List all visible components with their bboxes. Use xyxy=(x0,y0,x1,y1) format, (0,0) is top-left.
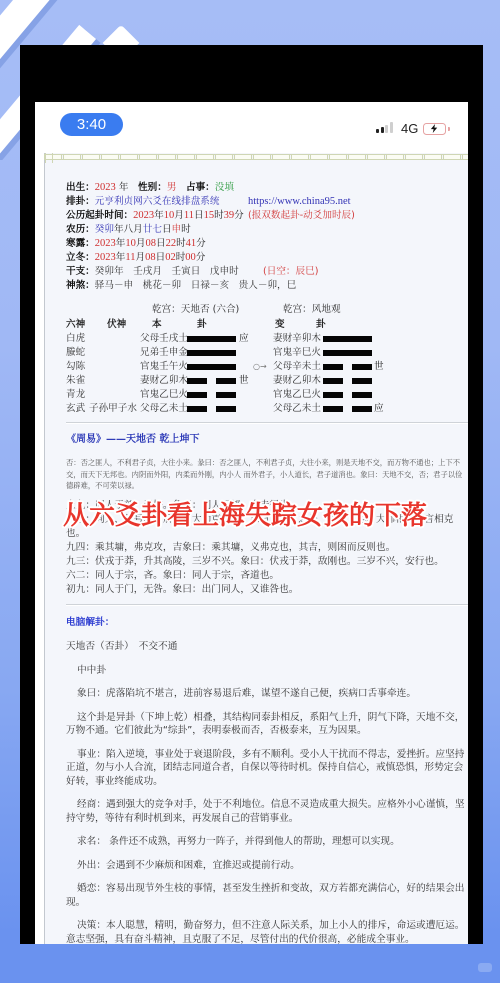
hexagram-lines: 白虎 父母壬戌土 应 妻财辛卯木 螣蛇 兄弟壬申金 xyxy=(44,332,468,416)
status-time: 3:40 xyxy=(60,113,123,136)
solar-time: 公历起卦时间：2023年10月11日15时39分 xyxy=(66,210,244,221)
bian-yao-name: 父母辛未土 xyxy=(273,360,321,374)
site-url-link[interactable]: https://www.china95.net xyxy=(248,195,351,209)
bian-yao-line xyxy=(323,364,372,370)
hexagram-row: 青龙 官鬼乙巳火 官鬼乙巳火 xyxy=(44,388,468,402)
text-segment: 年 xyxy=(154,210,164,221)
overlay-headline: 从六爻卦看上海失踪女孩的下落 xyxy=(63,501,427,531)
liushen: 勾陈 xyxy=(66,360,85,374)
text-segment: 干支： xyxy=(66,266,95,277)
text-segment: 08 xyxy=(145,252,156,263)
text-segment: (报双数起卦-动爻加时辰) xyxy=(248,210,355,221)
text-segment: 申 xyxy=(172,224,182,235)
day-void: (日空：辰巳) xyxy=(263,265,318,279)
analysis-image: 象曰：虎落陷坑不堪言，进前容易退后难，谋望不遂自己便，疾病口舌事牵连。 xyxy=(66,687,468,701)
text-segment: 41 xyxy=(186,238,197,249)
text-segment: 立冬： xyxy=(66,252,95,263)
text-segment: 02 xyxy=(165,252,176,263)
ben-yao-line xyxy=(187,392,236,398)
ben-yao-name: 父母壬戌土 xyxy=(140,332,188,346)
ben-yao-line xyxy=(187,406,236,412)
text-segment: 2023 xyxy=(133,210,154,221)
yao-line-fourth: 九四：乘其墉，弗克攻，吉象曰：乘其墉，义弗克也，其吉，则困而反则也。 xyxy=(66,541,468,555)
text-segment: 时 xyxy=(176,238,186,249)
bian-shiying-mark: 世 xyxy=(374,360,384,374)
text-segment xyxy=(176,182,186,193)
text-segment: 神煞： xyxy=(66,280,95,291)
text-segment: 寒露： xyxy=(66,238,95,249)
analysis-romance: 婚恋：容易出现节外生枝的事情，甚至发生挫折和变故，双方若都充满信心，好的结果会出… xyxy=(66,882,468,909)
col-header-fushen: 伏神 xyxy=(107,318,126,332)
moving-yao-arrow-icon: ○→ xyxy=(253,360,267,374)
divination-result-panel: 出生：2023 年 性别：男 占事：没填 排卦：元亨利贞网六爻在线排盘系统 ht… xyxy=(44,153,468,944)
text-segment: 2023 xyxy=(95,252,116,263)
divider xyxy=(66,604,468,606)
text-segment: 元亨利贞网六爻在线排盘系统 xyxy=(95,196,220,207)
info-row-birth: 出生：2023 年 性别：男 占事：没填 xyxy=(66,181,296,195)
text-segment: 00 xyxy=(185,252,196,263)
info-row-shensha: 神煞：驿马－申 桃花－卯 日禄－亥 贵人－卯，巳 xyxy=(66,279,296,293)
text-segment: 出生： xyxy=(66,182,95,193)
hexagram-row: 朱雀 妻财乙卯木 世 妻财乙卯木 xyxy=(44,374,468,388)
analysis-travel: 外出：会遇到不少麻烦和困难，宜推迟或提前行动。 xyxy=(66,859,468,873)
col-header-ben-gua: 卦 xyxy=(197,318,207,332)
hexagram-row: 勾陈 官鬼壬午火 ○→ 父母辛未土 世 xyxy=(44,360,468,374)
bian-yao-line xyxy=(323,336,372,342)
bian-shiying-mark: 应 xyxy=(374,402,384,416)
bian-yao-name: 官鬼乙巳火 xyxy=(273,388,321,402)
bian-yao-line xyxy=(323,392,372,398)
text-segment: 10 xyxy=(164,210,175,221)
text-segment: 占事： xyxy=(186,182,215,193)
analysis-business: 经商：遇到强大的竞争对手，处于不利地位。信息不灵造成重大损失。应格外小心谨慎，坚… xyxy=(66,798,468,825)
liushen: 青龙 xyxy=(66,388,85,402)
text-segment: 11 xyxy=(184,210,194,221)
text-segment: 10 xyxy=(125,238,136,249)
info-row-paigua: 排卦：元亨利贞网六爻在线排盘系统 https://www.china95.net xyxy=(66,195,296,209)
text-segment: 年 xyxy=(116,238,126,249)
zhouyi-title: 《周易》——天地否 乾上坤下 xyxy=(66,433,199,447)
bian-yao-name: 妻财辛卯木 xyxy=(273,332,321,346)
zhouyi-judgment: 否：否之匪人，不利君子贞，大往小来。彖曰：否之匪人，不利君子贞，大往小来，则是天… xyxy=(66,457,466,492)
text-segment: 日 xyxy=(194,210,204,221)
text-segment: 时 xyxy=(214,210,224,221)
col-header-liushen: 六神 xyxy=(66,318,85,332)
text-segment: 性别： xyxy=(138,182,167,193)
text-segment: 癸卯 xyxy=(95,224,114,235)
ben-yao-line xyxy=(187,350,236,356)
text-segment: 2023 xyxy=(95,182,116,193)
bian-yao-name: 妻财乙卯木 xyxy=(273,374,321,388)
analysis-grade: 中中卦 xyxy=(66,664,468,678)
info-row-lidong: 立冬：2023年11月08日02时00分 xyxy=(66,251,296,265)
network-type: 4G xyxy=(401,122,418,136)
bian-yao-line xyxy=(323,350,372,356)
analysis-overview: 这个卦是异卦（下坤上乾）相叠，其结构同泰卦相反，系阳气上升，阴气下降，天地不交，… xyxy=(66,711,468,738)
text-segment: 农历： xyxy=(66,224,95,235)
text-segment: 癸卯年 壬戌月 壬寅日 戊申时 xyxy=(95,266,239,277)
hexagram-row: 玄武 子孙甲子水 父母乙未土 父母乙未土 应 xyxy=(44,402,468,416)
decorative-border xyxy=(44,154,468,160)
phone-frame: 3:40 4G 出生：2023 年 性别：男 占事：没填 排卦：元亨利贞网六爻在… xyxy=(20,45,483,944)
text-segment: (日空：辰巳) xyxy=(263,266,318,277)
text-segment: 驿马－申 桃花－卯 日禄－亥 贵人－卯，巳 xyxy=(95,280,296,291)
col-header-bian: 变 xyxy=(275,318,285,332)
ben-yao-name: 官鬼壬午火 xyxy=(140,360,188,374)
bian-gua-header: 乾宫：风地观 xyxy=(283,303,341,317)
text-segment[interactable]: https://www.china95.net xyxy=(248,196,351,207)
text-segment: 男 xyxy=(167,182,177,193)
liushen: 玄武 xyxy=(66,402,85,416)
text-segment: 分 xyxy=(196,238,206,249)
bian-yao-name: 父母乙未土 xyxy=(273,402,321,416)
text-segment: 时 xyxy=(176,252,186,263)
hexagram-row: 螣蛇 兄弟壬申金 官鬼辛巳火 xyxy=(44,346,468,360)
decorative-corner xyxy=(45,153,53,163)
ben-yao-line xyxy=(187,336,236,342)
ben-yao-line xyxy=(187,364,236,370)
text-segment: 廿七 xyxy=(143,224,162,235)
paigua-system: 排卦：元亨利贞网六爻在线排盘系统 xyxy=(66,196,220,207)
text-segment: 08 xyxy=(145,238,156,249)
ben-yao-name: 官鬼乙巳火 xyxy=(140,388,188,402)
text-segment: 年八月 xyxy=(114,224,143,235)
signal-strength-icon xyxy=(376,122,394,133)
method-note: (报双数起卦-动爻加时辰) xyxy=(248,209,355,223)
analysis-hexagram-name: 天地否（否卦） 不交不通 xyxy=(66,640,468,654)
lidong-term: 立冬：2023年11月08日02时00分 xyxy=(66,252,205,263)
text-segment: 2023 xyxy=(95,238,116,249)
bian-yao-line xyxy=(323,378,372,384)
info-row-lunar: 农历：癸卯年八月廿七日申时 xyxy=(66,223,296,237)
analysis-career: 事业：陷入逆境，事业处于衰退阶段，多有不顺利。受小人干扰而不得志，爱挫折。应坚持… xyxy=(66,748,468,789)
text-segment: 日 xyxy=(156,252,166,263)
text-segment: 没填 xyxy=(215,182,234,193)
analysis-heading: 电脑解卦： xyxy=(66,616,114,630)
text-segment: 排卦： xyxy=(66,196,95,207)
text-segment: 年 xyxy=(116,252,126,263)
text-segment: 39 xyxy=(224,210,235,221)
text-segment: 年 xyxy=(116,182,138,193)
text-segment: 22 xyxy=(166,238,177,249)
fushen: 子孙甲子水 xyxy=(89,402,137,416)
text-segment: 日 xyxy=(156,238,166,249)
text-segment: 分 xyxy=(234,210,244,221)
bian-yao-name: 官鬼辛巳火 xyxy=(273,346,321,360)
ben-gua-header: 乾宫：天地否 (六合) xyxy=(152,303,239,317)
battery-charging-icon xyxy=(423,123,446,135)
info-row-ganzhi: 干支：癸卯年 壬戌月 壬寅日 戊申时 (日空：辰巳) xyxy=(66,265,296,279)
analysis-body: 天地否（否卦） 不交不通 中中卦 象曰：虎落陷坑不堪言，进前容易退后难，谋望不遂… xyxy=(66,640,468,944)
shensha: 神煞：驿马－申 桃花－卯 日禄－亥 贵人－卯，巳 xyxy=(66,280,296,291)
ben-yao-line xyxy=(187,378,236,384)
ben-yao-name: 兄弟壬申金 xyxy=(140,346,188,360)
ben-yao-name: 父母乙未土 xyxy=(140,402,188,416)
ben-shiying-mark: 世 xyxy=(239,374,249,388)
text-segment: 日 xyxy=(162,224,172,235)
yao-line-first: 初九：同人于门，无咎。象曰：出门同人，又谁咎也。 xyxy=(66,583,468,597)
watermark-icon xyxy=(478,963,492,972)
yao-line-third: 九三：伏戎于莽，升其高陵，三岁不兴。象曰：伏戎于莽，敌刚也。三岁不兴，安行也。 xyxy=(66,555,468,569)
col-header-bian-gua: 卦 xyxy=(316,318,326,332)
lunar-date: 农历：癸卯年八月廿七日申时 xyxy=(66,224,191,235)
text-segment: 公历起卦时间： xyxy=(66,210,133,221)
yao-line-second: 六二：同人于宗，吝。象曰：同人于宗，吝道也。 xyxy=(66,569,468,583)
bian-yao-line xyxy=(323,406,372,412)
liushen: 白虎 xyxy=(66,332,85,346)
ganzhi: 干支：癸卯年 壬戌月 壬寅日 戊申时 xyxy=(66,266,239,277)
hexagram-row: 白虎 父母壬戌土 应 妻财辛卯木 xyxy=(44,332,468,346)
col-header-ben: 本 xyxy=(152,318,162,332)
liushen: 朱雀 xyxy=(66,374,85,388)
text-segment: 分 xyxy=(196,252,206,263)
text-segment: 时 xyxy=(181,224,191,235)
liushen: 螣蛇 xyxy=(66,346,85,360)
info-row-hanlu: 寒露：2023年10月08日22时41分 xyxy=(66,237,296,251)
divider xyxy=(66,422,468,424)
info-row-solar-time: 公历起卦时间：2023年10月11日15时39分 (报双数起卦-动爻加时辰) xyxy=(66,209,296,223)
analysis-decision: 决策：本人聪慧，精明，勤奋努力，但不注意人际关系，加上小人的排斥，命运或遭厄运。… xyxy=(66,919,468,944)
ben-yao-name: 妻财乙卯木 xyxy=(140,374,188,388)
analysis-fame: 求名： 条件还不成熟，再努力一阵子，并得到他人的帮助，理想可以实现。 xyxy=(66,835,468,849)
text-segment: 月 xyxy=(136,252,146,263)
text-segment: 15 xyxy=(204,210,215,221)
ben-shiying-mark: 应 xyxy=(239,332,249,346)
text-segment: 11 xyxy=(125,252,135,263)
text-segment: 月 xyxy=(174,210,184,221)
birth-info: 出生：2023 年 性别：男 占事：没填 xyxy=(66,182,234,193)
chart-info: 出生：2023 年 性别：男 占事：没填 排卦：元亨利贞网六爻在线排盘系统 ht… xyxy=(66,181,296,293)
hanlu-term: 寒露：2023年10月08日22时41分 xyxy=(66,238,206,249)
